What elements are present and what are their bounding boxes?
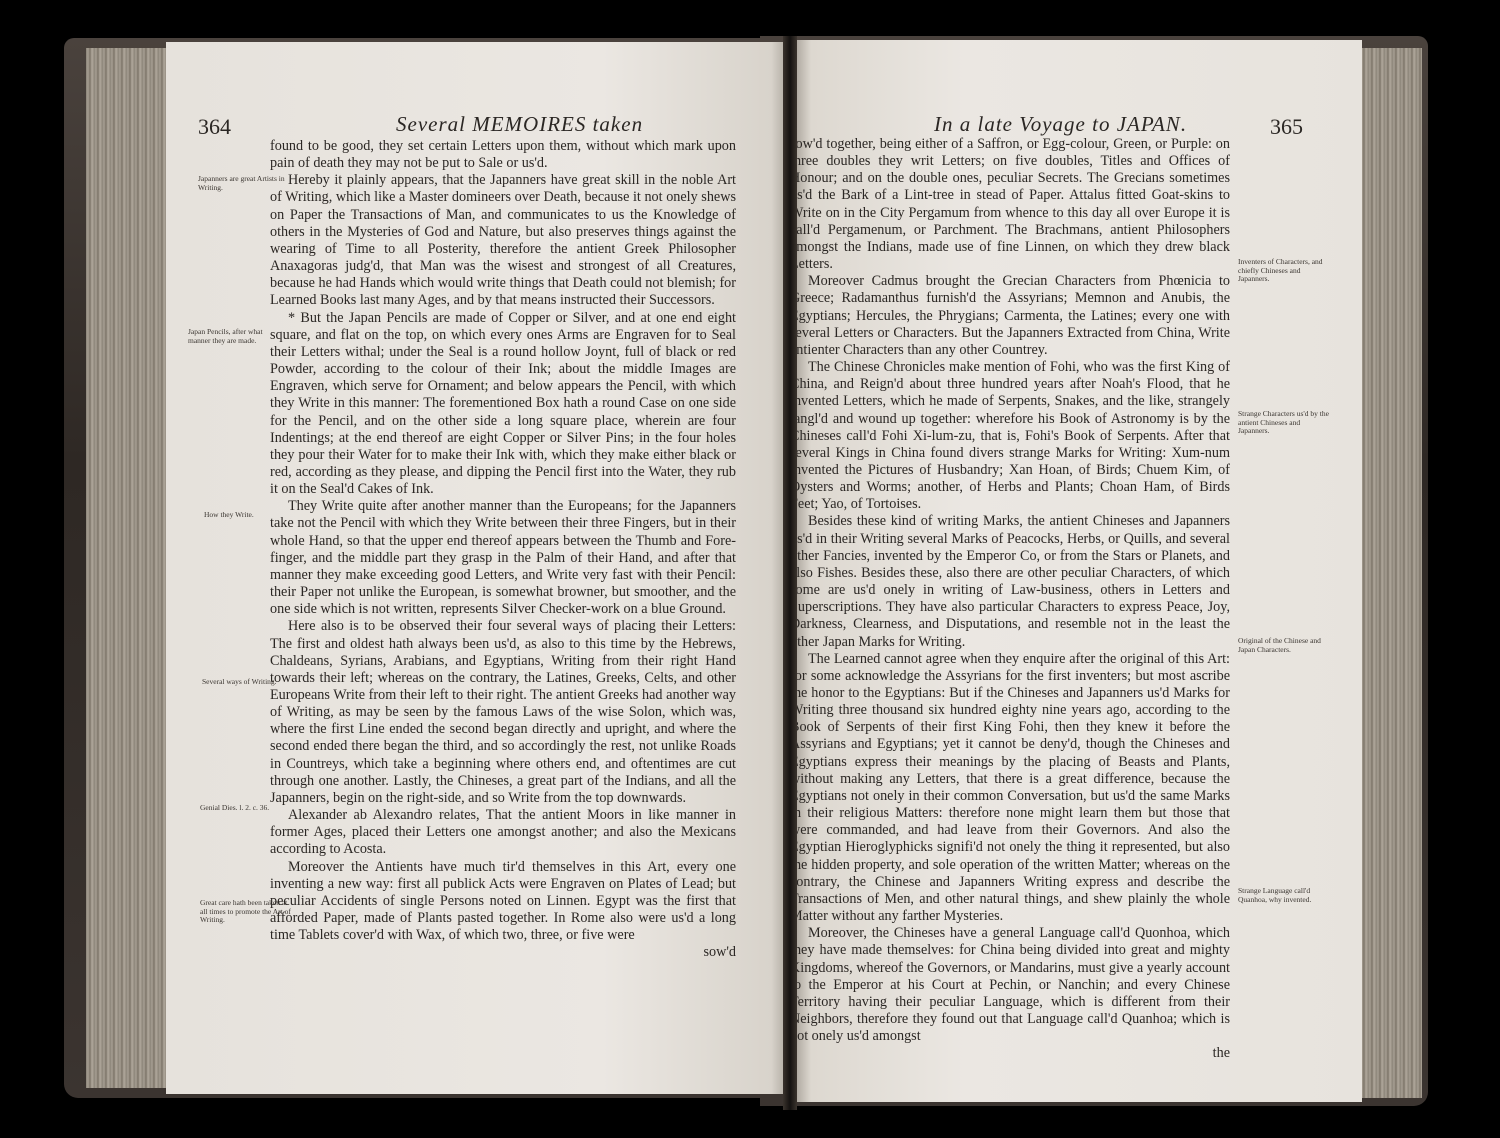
right-page: In a late Voyage to JAPAN. 365 Inventers… — [794, 40, 1362, 1102]
page-number: 365 — [1270, 114, 1303, 140]
paragraph: Hereby it plainly appears, that the Japa… — [270, 172, 736, 309]
paragraph: Moreover Cadmus brought the Grecian Char… — [790, 273, 1230, 359]
page-block-edge-right — [1360, 48, 1422, 1098]
paragraph: Here also is to be observed their four s… — [270, 618, 736, 807]
book-gutter — [783, 36, 797, 1110]
marginal-note: Inventers of Characters, and chiefly Chi… — [1238, 258, 1330, 284]
right-body-text: sow'd together, being either of a Saffro… — [790, 136, 1230, 1062]
paragraph: Alexander ab Alexandro relates, That the… — [270, 807, 736, 858]
running-head: Several MEMOIRES taken — [396, 112, 643, 137]
catchword: the — [790, 1045, 1230, 1062]
marginal-note: Original of the Chinese and Japan Charac… — [1238, 637, 1330, 654]
running-head: In a late Voyage to JAPAN. — [934, 112, 1187, 137]
page-number: 364 — [198, 114, 231, 140]
marginal-note: Japan Pencils, after what manner they ar… — [188, 328, 280, 345]
paragraph: Besides these kind of writing Marks, the… — [790, 513, 1230, 650]
paragraph: found to be good, they set certain Lette… — [270, 138, 736, 172]
left-page: 364 Several MEMOIRES taken Japanners are… — [166, 42, 790, 1094]
paragraph: * But the Japan Pencils are made of Copp… — [270, 310, 736, 499]
catchword: sow'd — [270, 944, 736, 961]
paragraph: The Chinese Chronicles make mention of F… — [790, 359, 1230, 513]
paragraph: Moreover the Antients have much tir'd th… — [270, 859, 736, 945]
paragraph: sow'd together, being either of a Saffro… — [790, 136, 1230, 273]
marginal-note: Strange Characters us'd by the antient C… — [1238, 410, 1330, 436]
page-block-edge-left — [86, 48, 168, 1088]
paragraph: The Learned cannot agree when they enqui… — [790, 651, 1230, 926]
paragraph: They Write quite after another manner th… — [270, 498, 736, 618]
left-body-text: found to be good, they set certain Lette… — [270, 138, 736, 962]
marginal-note: Strange Language call'd Quanhoa, why inv… — [1238, 887, 1330, 904]
paragraph: Moreover, the Chineses have a general La… — [790, 925, 1230, 1045]
